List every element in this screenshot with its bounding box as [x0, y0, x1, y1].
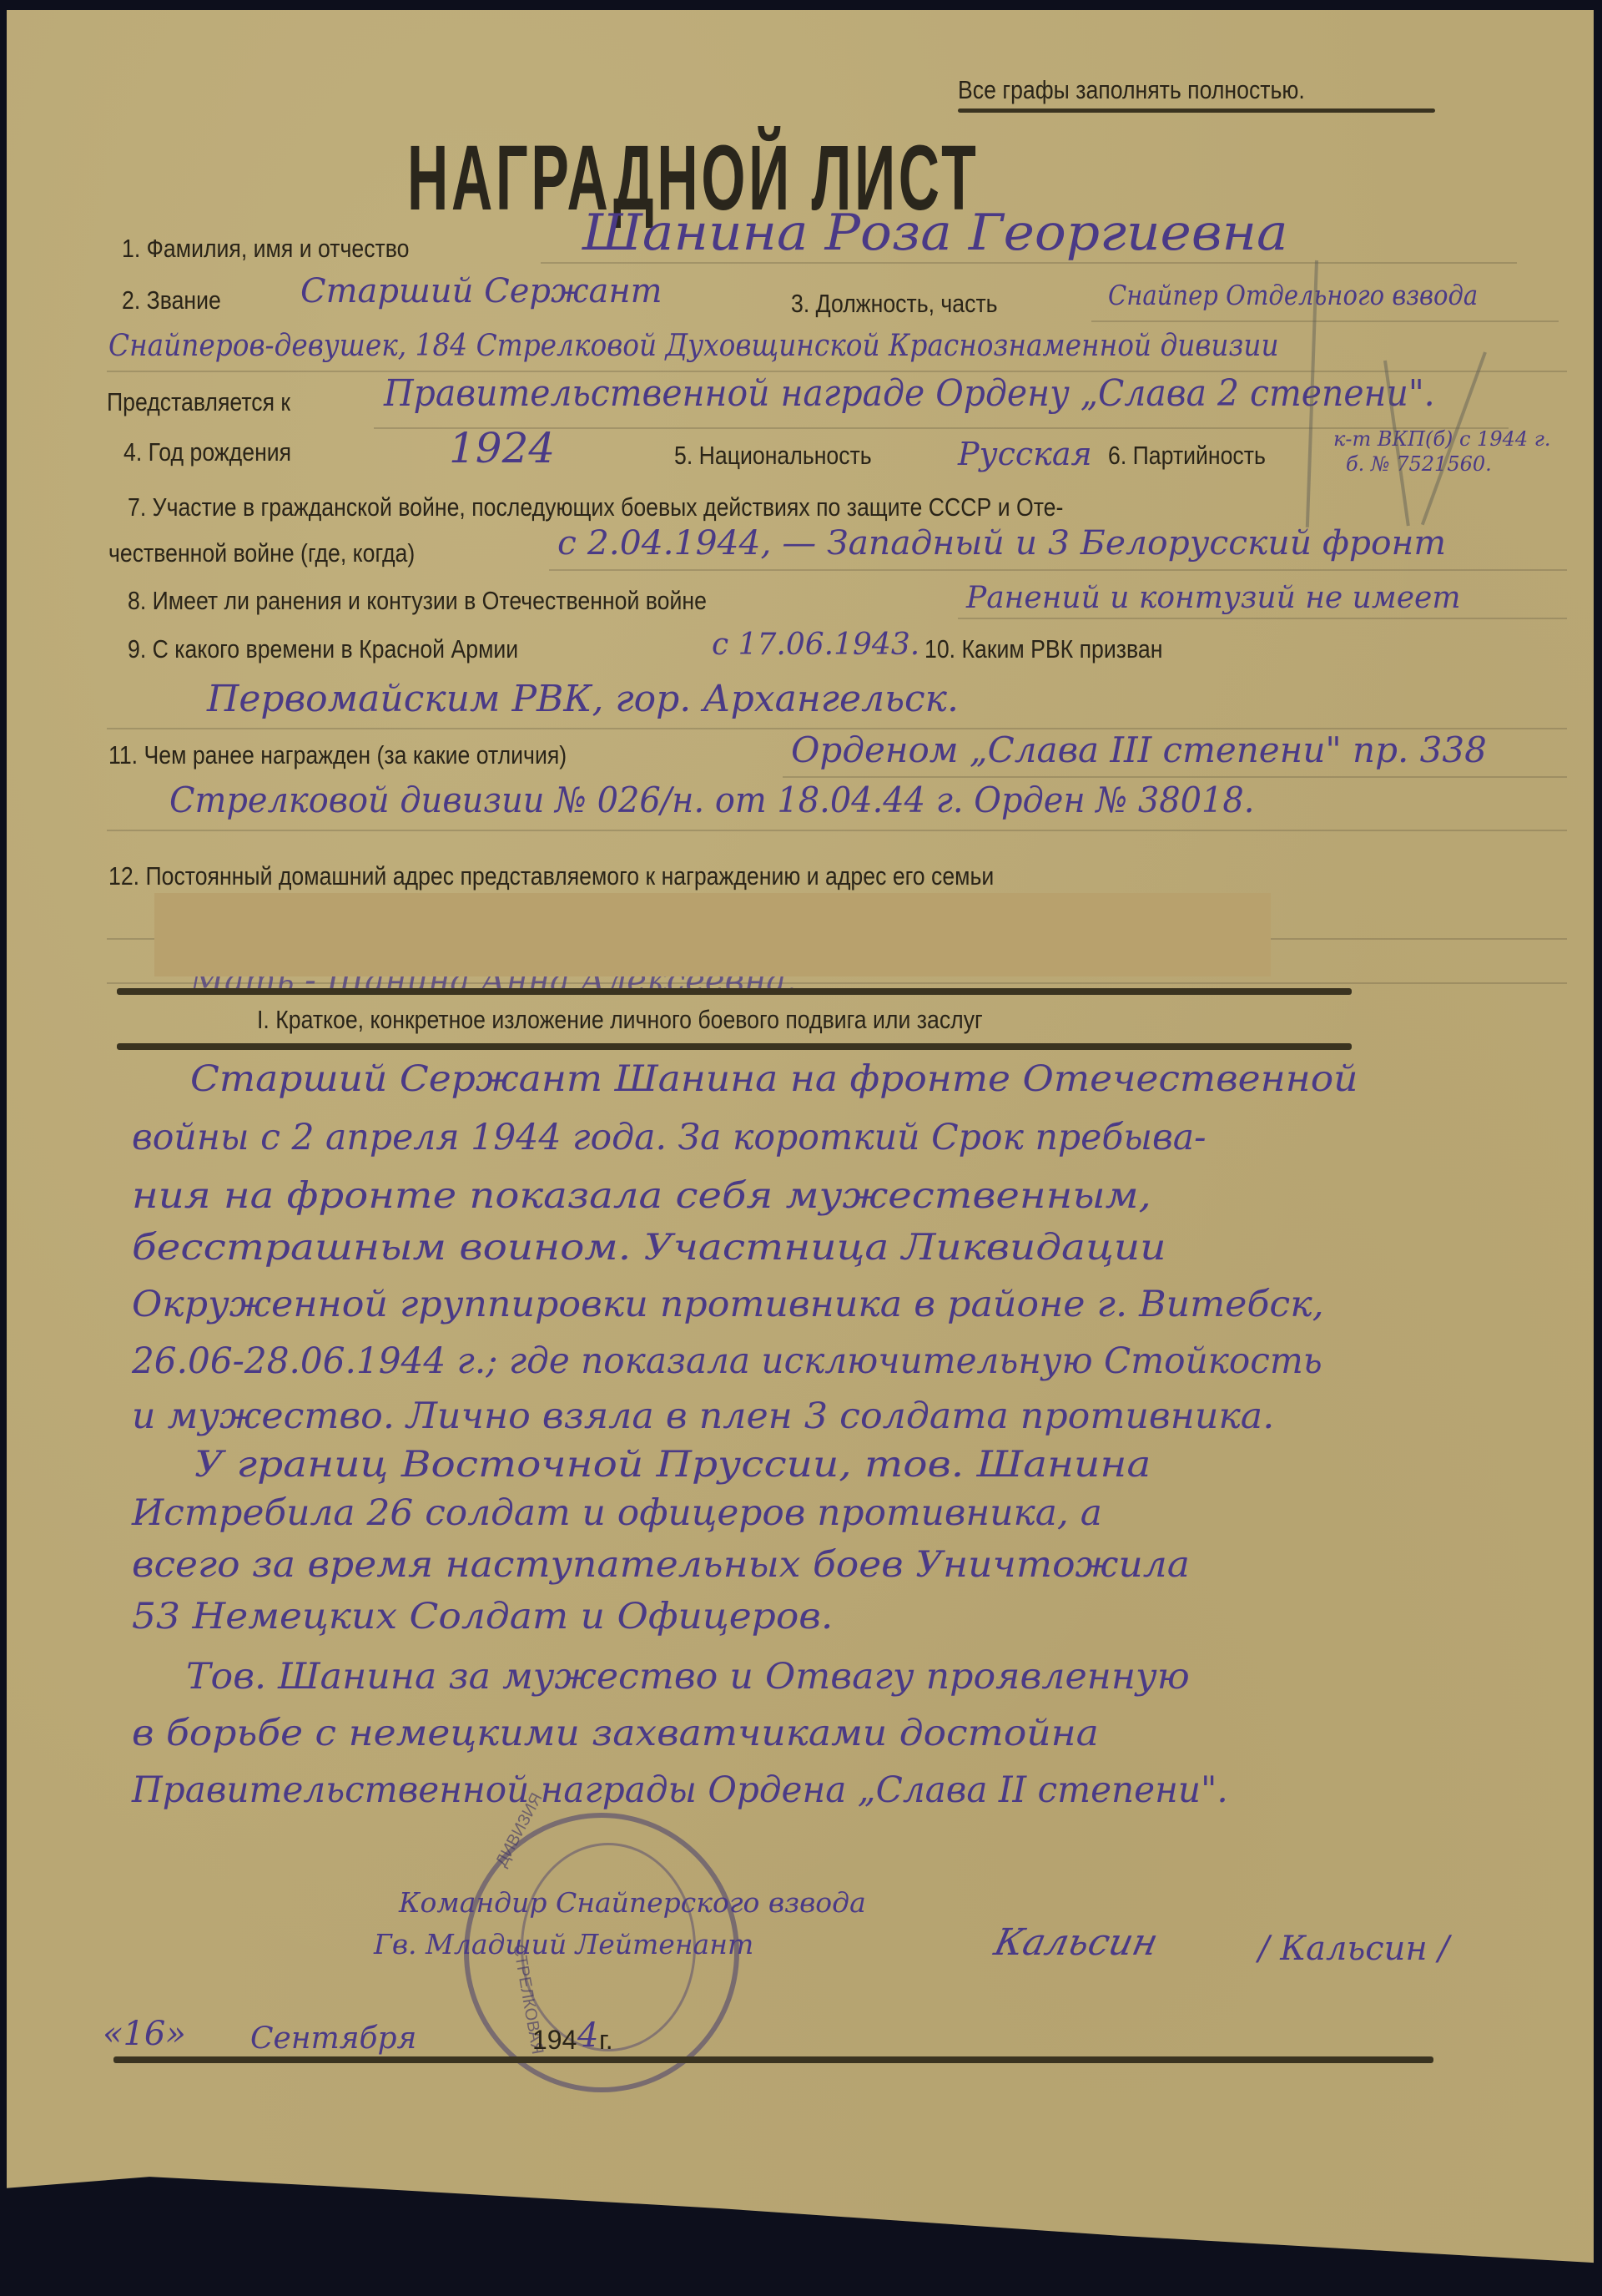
field-9-value: с 17.06.1943.	[712, 628, 919, 662]
section-1-bottom-rule	[117, 1043, 1352, 1050]
field-7-label-line1: 7. Участие в гражданской войне, последую…	[128, 492, 1063, 522]
handwritten-signature: Кальсин	[990, 1921, 1161, 1964]
presented-value: Правительственной награде Ордену „Слава …	[384, 372, 1435, 415]
field-10-value: Первомайским РВК, гор. Архангельск.	[207, 678, 959, 720]
field-2-value: Старший Сержант	[300, 272, 662, 310]
presented-label: Представляется к	[107, 387, 290, 417]
field-5-label: 5. Национальность	[674, 441, 872, 471]
narrative-line: Правительственной награды Ордена „Слава …	[132, 1769, 1228, 1811]
redacted-address-block	[154, 893, 1271, 976]
narrative-line: в борьбе с немецкими захватчиками достой…	[132, 1713, 1099, 1754]
signatory-name: / Кальсин /	[1258, 1930, 1449, 1968]
field-8-value: Ранений и контузий не имеет	[966, 581, 1460, 615]
field-6-label: 6. Партийность	[1108, 441, 1266, 471]
date-year-handwritten: 4	[577, 2016, 598, 2055]
field-4-value: 1924	[449, 424, 555, 472]
field-7-line	[549, 569, 1567, 571]
fill-instruction: Все графы заполнять полностью.	[958, 75, 1305, 105]
field-11-label: 11. Чем ранее награжден (за какие отличи…	[108, 740, 567, 770]
field-11-value-line1: Орденом „Слава III степени" пр. 338	[791, 729, 1487, 770]
field-3-line	[1091, 320, 1559, 322]
narrative-line: войны с 2 апреля 1944 года. За короткий …	[132, 1117, 1207, 1158]
field-6-value-line2: б. № 7521560.	[1346, 452, 1492, 476]
narrative-line: Тов. Шанина за мужество и Отвагу проявле…	[186, 1656, 1190, 1698]
narrative-line: Истребила 26 солдат и офицеров противник…	[132, 1492, 1102, 1534]
field-8-line	[958, 618, 1567, 619]
field-1-value: Шанина Роза Георгиевна	[582, 204, 1288, 262]
narrative-line: бесстрашным воином. Участница Ликвидации	[132, 1227, 1166, 1269]
field-1-label: 1. Фамилия, имя и отчество	[122, 234, 409, 264]
field-4-label: 4. Год рождения	[123, 437, 291, 467]
section-1-top-rule	[117, 988, 1352, 995]
field-3-value-line1: Снайпер Отдельного взвода	[1108, 279, 1478, 311]
field-3-value-line2: Снайперов-девушек, 184 Стрелковой Духовщ…	[108, 329, 1279, 363]
field-11-value-line2: Стрелковой дивизии № 026/н. от 18.04.44 …	[169, 780, 1254, 820]
narrative-line: и мужество. Лично взяла в плен 3 солдата…	[132, 1395, 1274, 1437]
section-1-heading: I. Краткое, конкретное изложение личного…	[257, 1005, 983, 1035]
field-11-line	[783, 776, 1567, 778]
field-3-label: 3. Должность, часть	[791, 289, 998, 319]
field-10-label: 10. Каким РВК призван	[924, 634, 1162, 664]
field-1-line	[541, 262, 1517, 264]
narrative-line: 26.06-28.06.1944 г.; где показала исключ…	[132, 1340, 1322, 1382]
field-11-line-2	[107, 830, 1567, 831]
field-5-value: Русская	[958, 436, 1092, 472]
narrative-line: У границ Восточной Пруссии, тов. Шанина	[194, 1444, 1151, 1486]
signatory-position-line1: Командир Снайперского взвода	[399, 1886, 866, 1919]
field-9-label: 9. С какого времени в Красной Армии	[128, 634, 518, 664]
bottom-form-rule	[113, 2056, 1433, 2063]
narrative-line: всего за время наступательных боев Уничт…	[132, 1544, 1190, 1586]
field-6-value-line1: к-т ВКП(б) с 1944 г.	[1333, 427, 1551, 451]
date-year-suffix: г.	[599, 2025, 613, 2056]
narrative-line: 53 Немецких Солдат и Офицеров.	[132, 1596, 833, 1637]
narrative-line: Окруженной группировки противника в райо…	[132, 1284, 1324, 1325]
instruction-underline	[958, 108, 1435, 113]
field-2-label: 2. Звание	[122, 285, 221, 315]
date-year-printed: 194	[532, 2025, 577, 2056]
signatory-position-line2: Гв. Младший Лейтенант	[374, 1928, 753, 1960]
narrative-line: ния на фронте показала себя мужественным…	[132, 1175, 1151, 1217]
date-day: «16»	[103, 2015, 186, 2053]
narrative-line: Старший Сержант Шанина на фронте Отечест…	[190, 1058, 1358, 1100]
field-8-label: 8. Имеет ли ранения и контузии в Отечест…	[128, 586, 707, 616]
award-sheet-page: Все графы заполнять полностью. НАГРАДНОЙ…	[7, 10, 1594, 2272]
field-7-label-line2: чественной войне (где, когда)	[108, 538, 415, 568]
field-7-value: с 2.04.1944, — Западный и 3 Белорусский …	[557, 524, 1446, 563]
field-12-label: 12. Постоянный домашний адрес представля…	[108, 861, 994, 891]
date-month: Сентября	[250, 2021, 416, 2056]
